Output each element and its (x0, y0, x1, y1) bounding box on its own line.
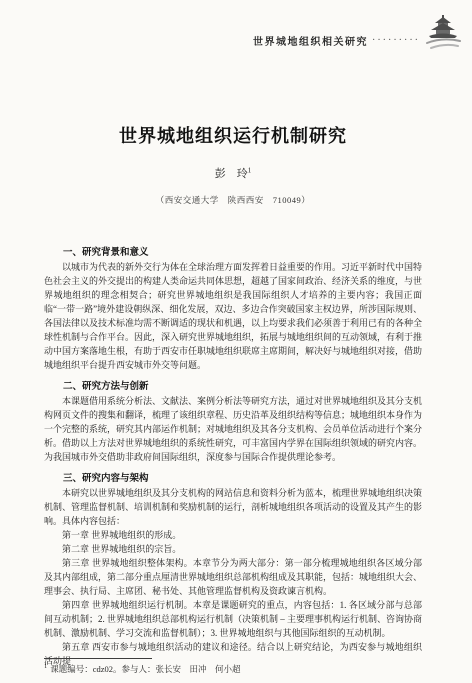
paragraph: 本课题借用系统分析法、文献法、案例分析法等研究方法，通过对世界城地组织及其分支机… (44, 394, 422, 464)
page-header: 世界城地组织相关研究 ········· (44, 0, 422, 48)
author-line: 彭 玲1 (44, 165, 422, 181)
footnote-rule (44, 658, 152, 659)
section-methods: 二、研究方法与创新 本课题借用系统分析法、文献法、案例分析法等研究方法，通过对世… (44, 380, 422, 464)
paragraph: 以城市为代表的新外交行为体在全球治理方面发挥着日益重要的作用。习近平新时代中国特… (44, 260, 422, 372)
paper-body: 一、研究背景和意义 以城市为代表的新外交行为体在全球治理方面发挥着日益重要的作用… (44, 246, 422, 668)
section-heading-3: 三、研究内容与架构 (44, 472, 422, 486)
paragraph-chapter-1: 第一章 世界城地组织的形成。 (44, 528, 422, 542)
author-name: 彭 玲 (215, 168, 248, 180)
paper-page: 世界城地组织相关研究 ········· 世界城地组织运行机制研究 彭 玲1 （… (0, 0, 472, 683)
paragraph: 本研究以世界城地组织及其分支机构的网站信息和资料分析为蓝本，梳理世界城地组织决策… (44, 486, 422, 528)
footnote-marker: 1 (44, 663, 47, 670)
author-superscript: 1 (248, 166, 252, 174)
section-structure: 三、研究内容与架构 本研究以世界城地组织及其分支机构的网站信息和资料分析为蓝本，… (44, 472, 422, 668)
paragraph-chapter-3: 第三章 世界城地组织整体架构。本章节分为两大部分：第一部分梳理城地组织各区域分部… (44, 556, 422, 598)
paragraph-chapter-2: 第二章 世界城地组织的宗旨。 (44, 542, 422, 556)
affiliation: （西安交通大学 陕西西安 710049） (44, 194, 422, 206)
paper-title: 世界城地组织运行机制研究 (44, 122, 422, 148)
section-background: 一、研究背景和意义 以城市为代表的新外交行为体在全球治理方面发挥着日益重要的作用… (44, 246, 422, 372)
paragraph-chapter-4: 第四章 世界城地组织运行机制。本章是课题研究的重点，内容包括：1. 各区域分部与… (44, 598, 422, 640)
section-heading-2: 二、研究方法与创新 (44, 380, 422, 394)
footnote-text: 课题编号：cdz02。参与人：张长安 田冲 何小超 (50, 664, 240, 674)
header-dot-leader: ········· (372, 35, 420, 46)
section-heading-1: 一、研究背景和意义 (44, 246, 422, 260)
footnote: 1课题编号：cdz02。参与人：张长安 田冲 何小超 (44, 663, 422, 675)
running-title: 世界城地组织相关研究 (253, 33, 368, 48)
pagoda-icon (422, 14, 464, 56)
